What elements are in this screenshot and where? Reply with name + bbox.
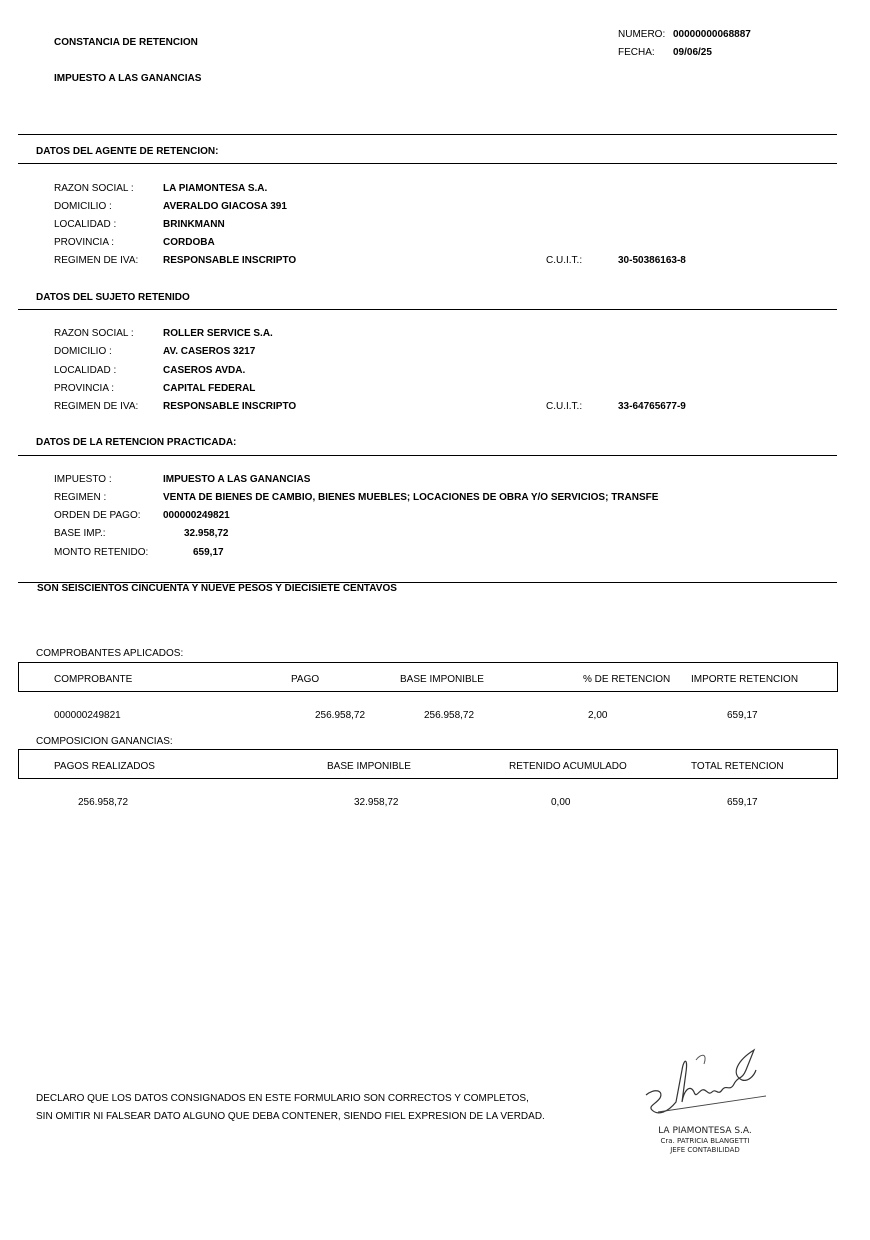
divider bbox=[18, 309, 837, 310]
sujeto-value-razon-social: ROLLER SERVICE S.A. bbox=[163, 328, 273, 339]
agente-cuit-value: 30-50386163-8 bbox=[618, 255, 686, 266]
col-header-base-imponible: BASE IMPONIBLE bbox=[327, 761, 411, 772]
col-header-retenido-acumulado: RETENIDO ACUMULADO bbox=[509, 761, 627, 772]
sujeto-label-domicilio: DOMICILIO : bbox=[54, 346, 112, 357]
retencion-label-regimen: REGIMEN : bbox=[54, 492, 106, 503]
sujeto-cuit-value: 33-64765677-9 bbox=[618, 401, 686, 412]
retencion-value-orden-pago: 000000249821 bbox=[163, 510, 230, 521]
agente-label-razon-social: RAZON SOCIAL : bbox=[54, 183, 134, 194]
document-title: CONSTANCIA DE RETENCION bbox=[54, 37, 198, 48]
retencion-value-regimen: VENTA DE BIENES DE CAMBIO, BIENES MUEBLE… bbox=[163, 492, 658, 503]
agente-label-domicilio: DOMICILIO : bbox=[54, 201, 112, 212]
agente-value-domicilio: AVERALDO GIACOSA 391 bbox=[163, 201, 287, 212]
cell-total-retencion: 659,17 bbox=[727, 797, 758, 808]
sujeto-label-provincia: PROVINCIA : bbox=[54, 383, 114, 394]
agente-value-provincia: CORDOBA bbox=[163, 237, 215, 248]
col-header-porcentaje-retencion: % DE RETENCION bbox=[583, 674, 670, 685]
retencion-label-orden-pago: ORDEN DE PAGO: bbox=[54, 510, 141, 521]
retencion-value-impuesto: IMPUESTO A LAS GANANCIAS bbox=[163, 474, 310, 485]
cell-retenido-acumulado: 0,00 bbox=[551, 797, 570, 808]
col-header-base-imponible: BASE IMPONIBLE bbox=[400, 674, 484, 685]
agente-cuit-label: C.U.I.T.: bbox=[546, 255, 582, 266]
cell-pago: 256.958,72 bbox=[315, 710, 365, 721]
numero-value: 00000000068887 bbox=[673, 29, 751, 40]
sujeto-label-localidad: LOCALIDAD : bbox=[54, 365, 116, 376]
cell-porcentaje-retencion: 2,00 bbox=[588, 710, 607, 721]
sujeto-value-regimen-iva: RESPONSABLE INSCRIPTO bbox=[163, 401, 296, 412]
sujeto-value-domicilio: AV. CASEROS 3217 bbox=[163, 346, 255, 357]
cell-base-imponible: 32.958,72 bbox=[354, 797, 399, 808]
section-title-agente: DATOS DEL AGENTE DE RETENCION: bbox=[36, 146, 218, 157]
amount-in-words: SON SEISCIENTOS CINCUENTA Y NUEVE PESOS … bbox=[37, 583, 397, 594]
divider bbox=[18, 134, 837, 135]
sujeto-label-razon-social: RAZON SOCIAL : bbox=[54, 328, 134, 339]
sujeto-cuit-label: C.U.I.T.: bbox=[546, 401, 582, 412]
signature-image bbox=[638, 1040, 768, 1125]
col-header-total-retencion: TOTAL RETENCION bbox=[691, 761, 784, 772]
cell-pagos-realizados: 256.958,72 bbox=[78, 797, 128, 808]
agente-label-regimen-iva: REGIMEN DE IVA: bbox=[54, 255, 138, 266]
retencion-label-impuesto: IMPUESTO : bbox=[54, 474, 112, 485]
signature-role: JEFE CONTABILIDAD bbox=[645, 1146, 765, 1154]
cell-comprobante: 000000249821 bbox=[54, 710, 121, 721]
agente-value-regimen-iva: RESPONSABLE INSCRIPTO bbox=[163, 255, 296, 266]
retencion-label-base-imp: BASE IMP.: bbox=[54, 528, 106, 539]
agente-value-localidad: BRINKMANN bbox=[163, 219, 225, 230]
divider bbox=[18, 163, 837, 164]
document-subtitle: IMPUESTO A LAS GANANCIAS bbox=[54, 73, 201, 84]
fecha-value: 09/06/25 bbox=[673, 47, 712, 58]
col-header-comprobante: COMPROBANTE bbox=[54, 674, 132, 685]
sujeto-value-provincia: CAPITAL FEDERAL bbox=[163, 383, 255, 394]
comprobantes-title: COMPROBANTES APLICADOS: bbox=[36, 648, 183, 659]
cell-importe-retencion: 659,17 bbox=[727, 710, 758, 721]
section-title-sujeto: DATOS DEL SUJETO RETENIDO bbox=[36, 292, 190, 303]
fecha-label: FECHA: bbox=[618, 47, 655, 58]
handwritten-signature-icon bbox=[638, 1040, 768, 1125]
declaration-line-1: DECLARO QUE LOS DATOS CONSIGNADOS EN EST… bbox=[36, 1093, 529, 1104]
cell-base-imponible: 256.958,72 bbox=[424, 710, 474, 721]
sujeto-label-regimen-iva: REGIMEN DE IVA: bbox=[54, 401, 138, 412]
col-header-pagos-realizados: PAGOS REALIZADOS bbox=[54, 761, 155, 772]
composicion-title: COMPOSICION GANANCIAS: bbox=[36, 736, 173, 747]
divider bbox=[18, 455, 837, 456]
col-header-importe-retencion: IMPORTE RETENCION bbox=[691, 674, 798, 685]
agente-label-provincia: PROVINCIA : bbox=[54, 237, 114, 248]
retencion-value-monto-retenido: 659,17 bbox=[193, 547, 224, 558]
retencion-value-base-imp: 32.958,72 bbox=[184, 528, 229, 539]
agente-value-razon-social: LA PIAMONTESA S.A. bbox=[163, 183, 267, 194]
section-title-retencion: DATOS DE LA RETENCION PRACTICADA: bbox=[36, 437, 236, 448]
signature-company: LA PIAMONTESA S.A. bbox=[645, 1126, 765, 1136]
sujeto-value-localidad: CASEROS AVDA. bbox=[163, 365, 245, 376]
retencion-label-monto-retenido: MONTO RETENIDO: bbox=[54, 547, 148, 558]
signature-name: Cra. PATRICIA BLANGETTI bbox=[645, 1137, 765, 1145]
col-header-pago: PAGO bbox=[291, 674, 319, 685]
agente-label-localidad: LOCALIDAD : bbox=[54, 219, 116, 230]
declaration-line-2: SIN OMITIR NI FALSEAR DATO ALGUNO QUE DE… bbox=[36, 1111, 545, 1122]
numero-label: NUMERO: bbox=[618, 29, 665, 40]
